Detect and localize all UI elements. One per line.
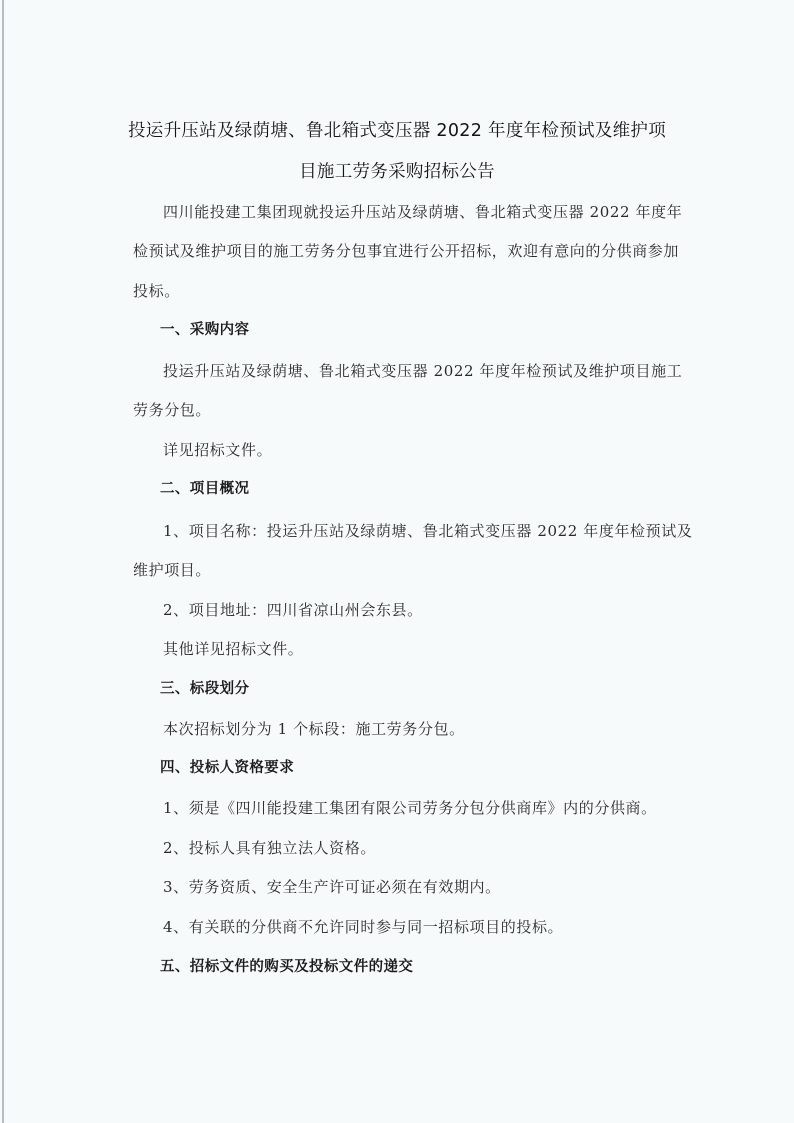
section-1-line-3: 详见招标文件。 xyxy=(163,440,272,460)
section-4-line-1: 1、须是《四川能投建工集团有限公司劳务分包分供商库》内的分供商。 xyxy=(163,798,657,818)
document-title-line-1: 投运升压站及绿荫塘、鲁北箱式变压器 2022 年度年检预试及维护项 xyxy=(0,117,794,142)
document-page: 投运升压站及绿荫塘、鲁北箱式变压器 2022 年度年检预试及维护项 目施工劳务采… xyxy=(0,0,794,1123)
section-1-line-2: 劳务分包。 xyxy=(133,400,211,420)
intro-paragraph-line-2: 检预试及维护项目的施工劳务分包事宜进行公开招标，欢迎有意向的分供商参加 xyxy=(133,241,679,261)
section-1-heading: 一、采购内容 xyxy=(160,320,249,340)
section-4-line-4: 4、有关联的分供商不允许同时参与同一招标项目的投标。 xyxy=(163,917,563,937)
section-2-heading: 二、项目概况 xyxy=(160,479,249,499)
section-2-line-3: 2、项目地址：四川省凉山州会东县。 xyxy=(163,600,423,620)
section-2-line-2: 维护项目。 xyxy=(133,560,211,580)
section-3-heading: 三、标段划分 xyxy=(160,679,249,699)
section-2-line-4: 其他详见招标文件。 xyxy=(163,639,303,659)
section-2-line-1: 1、项目名称：投运升压站及绿荫塘、鲁北箱式变压器 2022 年度年检预试及 xyxy=(163,521,692,541)
section-3-line-1: 本次招标划分为 1 个标段：施工劳务分包。 xyxy=(163,719,465,739)
document-title-line-2: 目施工劳务采购招标公告 xyxy=(0,158,794,183)
section-4-line-2: 2、投标人具有独立法人资格。 xyxy=(163,838,376,858)
intro-paragraph-line-3: 投标。 xyxy=(133,281,180,301)
section-4-heading: 四、投标人资格要求 xyxy=(160,758,294,778)
section-5-heading: 五、招标文件的购买及投标文件的递交 xyxy=(160,957,413,977)
intro-paragraph-line-1: 四川能投建工集团现就投运升压站及绿荫塘、鲁北箱式变压器 2022 年度年 xyxy=(163,202,682,222)
section-4-line-3: 3、劳务资质、安全生产许可证必须在有效期内。 xyxy=(163,877,501,897)
section-1-line-1: 投运升压站及绿荫塘、鲁北箱式变压器 2022 年度年检预试及维护项目施工 xyxy=(163,361,682,381)
